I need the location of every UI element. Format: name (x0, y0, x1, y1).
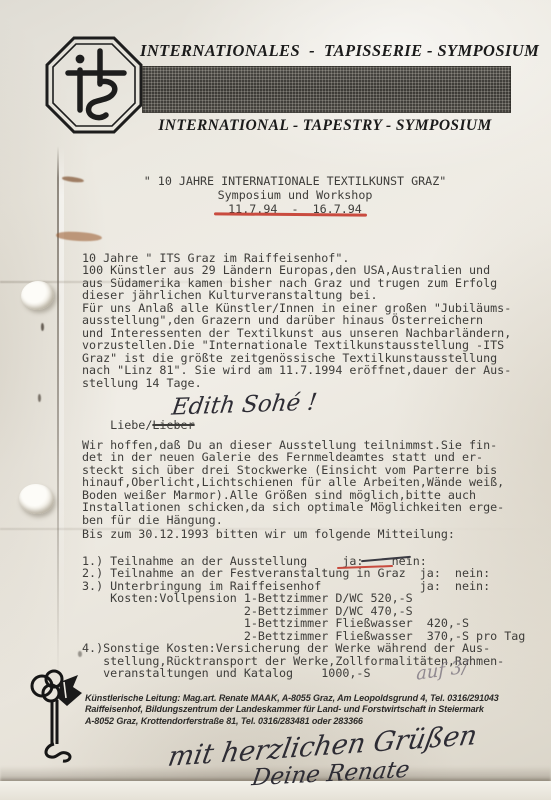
ink-speck-2 (38, 394, 41, 402)
ink-speck-3 (78, 651, 82, 657)
salutation-handwritten-name: Edith Sohé ! (170, 389, 318, 420)
paragraph-intro: 10 Jahre " ITS Graz im Raiffeisenhof". 1… (82, 252, 511, 389)
header-title-german: INTERNATIONALES - TAPISSERIE - SYMPOSIUM (140, 41, 515, 61)
tree-logo (26, 668, 84, 764)
request-line: Bis zum 30.12.1993 bitten wir um folgend… (82, 528, 455, 540)
letter-title-block: " 10 JAHRE INTERNATIONALE TEXTILKUNST GR… (80, 175, 510, 217)
its-logo: its (44, 36, 144, 134)
punch-hole-top (19, 279, 56, 312)
vertical-fold-highlight (59, 146, 64, 646)
salutation-struck-word: Lieber (152, 418, 194, 432)
salutation-typed: Liebe/ (110, 418, 152, 432)
ink-speck-1 (41, 323, 44, 331)
punch-hole-bottom (18, 482, 56, 515)
header-title-english: INTERNATIONAL - TAPESTRY - SYMPOSIUM (140, 117, 510, 135)
paragraph-exhibition-details: Wir hoffen,daß Du an dieser Ausstellung … (82, 439, 504, 526)
scanned-letter-page: its INTERNATIONALES - TAPISSERIE - SYMPO… (0, 0, 551, 800)
banner-bar (142, 66, 511, 113)
